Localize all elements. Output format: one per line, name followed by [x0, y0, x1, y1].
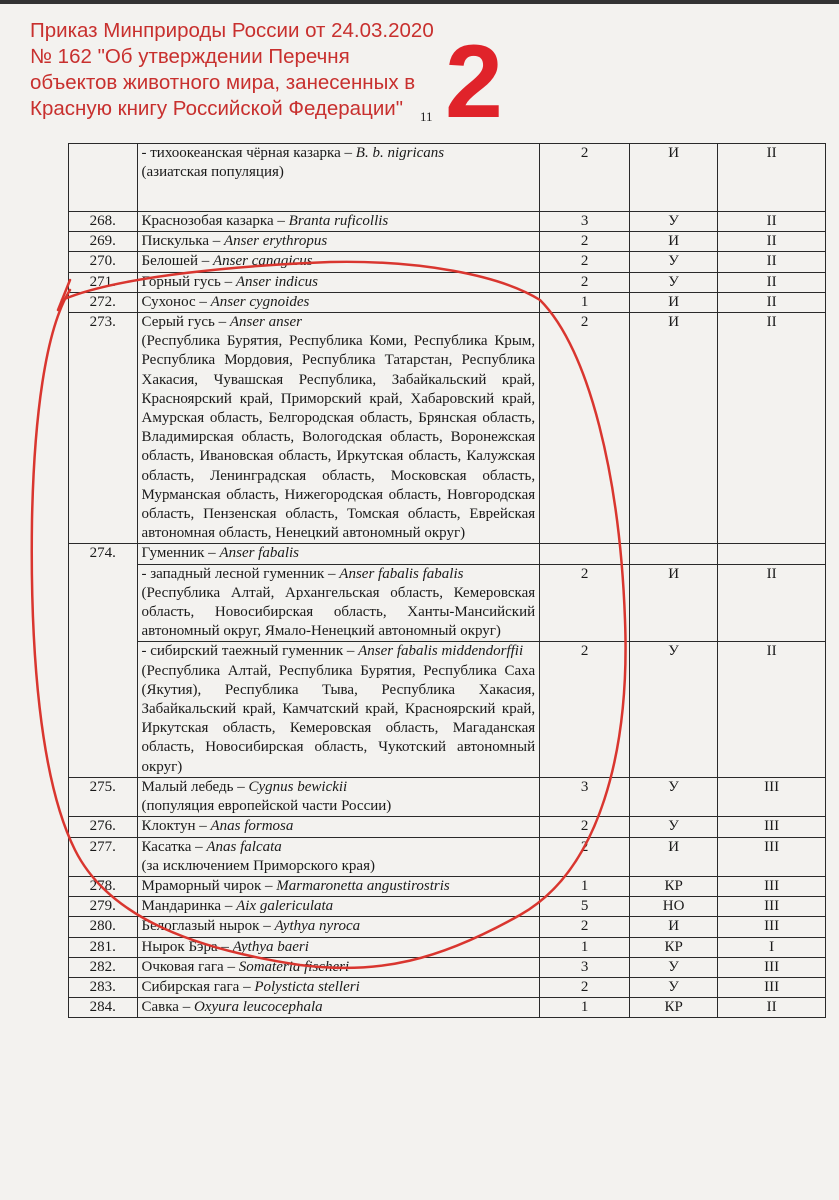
category-cell: 1 — [540, 937, 630, 957]
page-number: 11 — [420, 109, 433, 125]
appendix-cell: II — [718, 232, 826, 252]
category-cell: 3 — [540, 777, 630, 816]
row-number: 276. — [69, 817, 138, 837]
status-cell: И — [630, 564, 718, 642]
table-row: - тихоокеанская чёрная казарка – B. b. n… — [69, 144, 826, 212]
table-row: 284.Савка – Oxyura leucocephala1КРII — [69, 998, 826, 1018]
row-number: 269. — [69, 232, 138, 252]
species-name: Горный гусь – — [142, 274, 236, 290]
appendix-cell: II — [718, 272, 826, 292]
species-name-cell: Белошей – Anser canagicus — [137, 252, 540, 272]
category-cell: 2 — [540, 977, 630, 997]
status-cell — [630, 544, 718, 564]
table-row: 275.Малый лебедь – Cygnus bewickii(попул… — [69, 777, 826, 816]
appendix-cell: III — [718, 957, 826, 977]
status-cell: И — [630, 232, 718, 252]
species-name: - сибирский таежный гуменник – — [142, 643, 359, 659]
latin-name: Anas formosa — [210, 818, 293, 834]
appendix-cell: II — [718, 998, 826, 1018]
species-name: Белошей – — [142, 253, 214, 269]
species-name-cell: Мраморный чирок – Marmaronetta angustiro… — [137, 876, 540, 896]
appendix-cell: III — [718, 777, 826, 816]
species-name-cell: Серый гусь – Anser anser(Республика Буря… — [137, 313, 540, 544]
category-cell: 2 — [540, 837, 630, 876]
species-name: Мраморный чирок – — [142, 878, 277, 894]
annotation-line: Красную книгу Российской Федерации" — [30, 96, 434, 122]
appendix-cell: III — [718, 977, 826, 997]
latin-name: Anas falcata — [206, 839, 281, 855]
table-row: 274.Гуменник – Anser fabalis — [69, 544, 826, 564]
row-number: 279. — [69, 897, 138, 917]
table-row: 269.Пискулька – Anser erythropus2ИII — [69, 232, 826, 252]
status-cell: И — [630, 313, 718, 544]
species-name: Малый лебедь – — [142, 779, 249, 795]
category-cell: 2 — [540, 642, 630, 777]
table-row: 276.Клоктун – Anas formosa2УIII — [69, 817, 826, 837]
species-name-cell: Гуменник – Anser fabalis — [137, 544, 540, 564]
appendix-cell: III — [718, 837, 826, 876]
table-row: 282.Очковая гага – Somateria fischeri3УI… — [69, 957, 826, 977]
species-name-cell: - сибирский таежный гуменник – Anser fab… — [137, 642, 540, 777]
table-row: 279.Мандаринка – Aix galericulata5НОIII — [69, 897, 826, 917]
category-cell: 2 — [540, 252, 630, 272]
range-note: (Республика Алтай, Архангельская область… — [142, 584, 536, 642]
status-cell: КР — [630, 998, 718, 1018]
row-number: 270. — [69, 252, 138, 272]
category-cell: 2 — [540, 817, 630, 837]
species-name: Сибирская гага – — [142, 979, 255, 995]
table-row: 277.Касатка – Anas falcata(за исключение… — [69, 837, 826, 876]
latin-name: Oxyura leucocephala — [194, 999, 323, 1015]
species-name: Гуменник – — [142, 545, 220, 561]
species-name-cell: Малый лебедь – Cygnus bewickii(популяция… — [137, 777, 540, 816]
row-number: 271. — [69, 272, 138, 292]
table-row: 280.Белоглазый нырок – Aythya nyroca2ИII… — [69, 917, 826, 937]
species-name-cell: Сибирская гага – Polysticta stelleri — [137, 977, 540, 997]
category-cell: 2 — [540, 564, 630, 642]
appendix-cell: II — [718, 642, 826, 777]
species-name: Очковая гага – — [142, 959, 239, 975]
appendix-cell: I — [718, 937, 826, 957]
status-cell: У — [630, 977, 718, 997]
row-number: 268. — [69, 212, 138, 232]
table-row: 273.Серый гусь – Anser anser(Республика … — [69, 313, 826, 544]
appendix-cell: III — [718, 897, 826, 917]
table-row: - сибирский таежный гуменник – Anser fab… — [69, 642, 826, 777]
range-note: (Республика Бурятия, Республика Коми, Ре… — [142, 332, 536, 543]
row-number: 278. — [69, 876, 138, 896]
species-name-cell: Савка – Oxyura leucocephala — [137, 998, 540, 1018]
appendix-cell: III — [718, 817, 826, 837]
species-name-cell: Касатка – Anas falcata(за исключением Пр… — [137, 837, 540, 876]
species-name: Белоглазый нырок – — [142, 918, 275, 934]
category-cell: 1 — [540, 292, 630, 312]
species-name: Клоктун – — [142, 818, 211, 834]
species-name-cell: Горный гусь – Anser indicus — [137, 272, 540, 292]
species-name-cell: Нырок Бэра – Aythya baeri — [137, 937, 540, 957]
table-row: - западный лесной гуменник – Anser fabal… — [69, 564, 826, 642]
species-name: Сухонос – — [142, 294, 211, 310]
latin-name: Aythya nyroca — [274, 918, 360, 934]
annotation-line: Приказ Минприроды России от 24.03.2020 — [30, 18, 434, 44]
status-cell: У — [630, 212, 718, 232]
status-cell: И — [630, 292, 718, 312]
category-cell: 1 — [540, 876, 630, 896]
species-name: Серый гусь – — [142, 314, 230, 330]
latin-name: Aythya baeri — [233, 939, 309, 955]
species-name-cell: Очковая гага – Somateria fischeri — [137, 957, 540, 977]
annotation-line: № 162 "Об утверждении Перечня — [30, 44, 434, 70]
status-cell: НО — [630, 897, 718, 917]
appendix-cell: III — [718, 917, 826, 937]
species-name: Пискулька – — [142, 233, 224, 249]
species-name: Краснозобая казарка – — [142, 213, 289, 229]
category-cell: 2 — [540, 917, 630, 937]
latin-name: Cygnus bewickii — [248, 779, 347, 795]
species-name-cell: Сухонос – Anser cygnoides — [137, 292, 540, 312]
category-cell: 5 — [540, 897, 630, 917]
species-name-cell: Мандаринка – Aix galericulata — [137, 897, 540, 917]
species-name-cell: - западный лесной гуменник – Anser fabal… — [137, 564, 540, 642]
status-cell: И — [630, 144, 718, 212]
status-cell: И — [630, 917, 718, 937]
latin-name: Anser fabalis — [219, 545, 299, 561]
category-cell: 2 — [540, 313, 630, 544]
latin-name: Somateria fischeri — [239, 959, 349, 975]
species-name-cell: Белоглазый нырок – Aythya nyroca — [137, 917, 540, 937]
category-cell: 2 — [540, 272, 630, 292]
species-name: - западный лесной гуменник – — [142, 566, 340, 582]
appendix-cell: III — [718, 876, 826, 896]
species-name-cell: Клоктун – Anas formosa — [137, 817, 540, 837]
row-number: 281. — [69, 937, 138, 957]
row-number: 282. — [69, 957, 138, 977]
category-cell: 2 — [540, 232, 630, 252]
row-number: 280. — [69, 917, 138, 937]
category-cell — [540, 544, 630, 564]
status-cell: У — [630, 272, 718, 292]
status-cell: У — [630, 957, 718, 977]
latin-name: Aix galericulata — [236, 898, 333, 914]
latin-name: Anser anser — [230, 314, 302, 330]
row-number: 273. — [69, 313, 138, 544]
big-number-marker: 2 — [445, 30, 503, 134]
status-cell: У — [630, 642, 718, 777]
status-cell: КР — [630, 876, 718, 896]
species-name-cell: Пискулька – Anser erythropus — [137, 232, 540, 252]
table-row: 268.Краснозобая казарка – Branta ruficol… — [69, 212, 826, 232]
latin-name: Anser indicus — [236, 274, 318, 290]
status-cell: У — [630, 252, 718, 272]
latin-name: Branta ruficollis — [289, 213, 389, 229]
species-name-cell: - тихоокеанская чёрная казарка – B. b. n… — [137, 144, 540, 212]
range-note: (Республика Алтай, Республика Бурятия, Р… — [142, 662, 536, 777]
species-name: Нырок Бэра – — [142, 939, 233, 955]
appendix-cell — [718, 544, 826, 564]
range-note: (азиатская популяция) — [142, 163, 536, 182]
appendix-cell: II — [718, 212, 826, 232]
table-row: 272.Сухонос – Anser cygnoides1ИII — [69, 292, 826, 312]
row-number: 277. — [69, 837, 138, 876]
species-name: - тихоокеанская чёрная казарка – — [142, 145, 356, 161]
category-cell: 2 — [540, 144, 630, 212]
annotation-line: объектов животного мира, занесенных в — [30, 70, 434, 96]
category-cell: 3 — [540, 212, 630, 232]
category-cell: 1 — [540, 998, 630, 1018]
row-number: 284. — [69, 998, 138, 1018]
latin-name: Anser cygnoides — [211, 294, 310, 310]
latin-name: Marmaronetta angustirostris — [276, 878, 450, 894]
appendix-cell: II — [718, 313, 826, 544]
scan-edge — [0, 0, 839, 4]
species-name: Савка – — [142, 999, 194, 1015]
appendix-cell: II — [718, 252, 826, 272]
species-name: Мандаринка – — [142, 898, 237, 914]
appendix-cell: II — [718, 144, 826, 212]
range-note: (за исключением Приморского края) — [142, 857, 536, 876]
red-book-species-table: - тихоокеанская чёрная казарка – B. b. n… — [68, 143, 826, 1018]
status-cell: У — [630, 777, 718, 816]
row-number: 283. — [69, 977, 138, 997]
order-annotation: Приказ Минприроды России от 24.03.2020 №… — [30, 18, 434, 122]
table-row: 283.Сибирская гага – Polysticta stelleri… — [69, 977, 826, 997]
latin-name: Anser erythropus — [224, 233, 327, 249]
table-row: 271.Горный гусь – Anser indicus2УII — [69, 272, 826, 292]
status-cell: И — [630, 837, 718, 876]
latin-name: Anser fabalis middendorffii — [358, 643, 523, 659]
row-number: 274. — [69, 544, 138, 777]
table-row: 270.Белошей – Anser canagicus2УII — [69, 252, 826, 272]
table-row: 281.Нырок Бэра – Aythya baeri1КРI — [69, 937, 826, 957]
range-note: (популяция европейской части России) — [142, 797, 536, 816]
status-cell: У — [630, 817, 718, 837]
status-cell: КР — [630, 937, 718, 957]
appendix-cell: II — [718, 292, 826, 312]
latin-name: Anser canagicus — [213, 253, 313, 269]
table-row: 278.Мраморный чирок – Marmaronetta angus… — [69, 876, 826, 896]
latin-name: Anser fabalis fabalis — [339, 566, 463, 582]
species-name-cell: Краснозобая казарка – Branta ruficollis — [137, 212, 540, 232]
species-name: Касатка – — [142, 839, 207, 855]
row-number: 272. — [69, 292, 138, 312]
category-cell: 3 — [540, 957, 630, 977]
row-number — [69, 144, 138, 212]
appendix-cell: II — [718, 564, 826, 642]
row-number: 275. — [69, 777, 138, 816]
latin-name: Polysticta stelleri — [254, 979, 359, 995]
latin-name: B. b. nigricans — [356, 145, 444, 161]
